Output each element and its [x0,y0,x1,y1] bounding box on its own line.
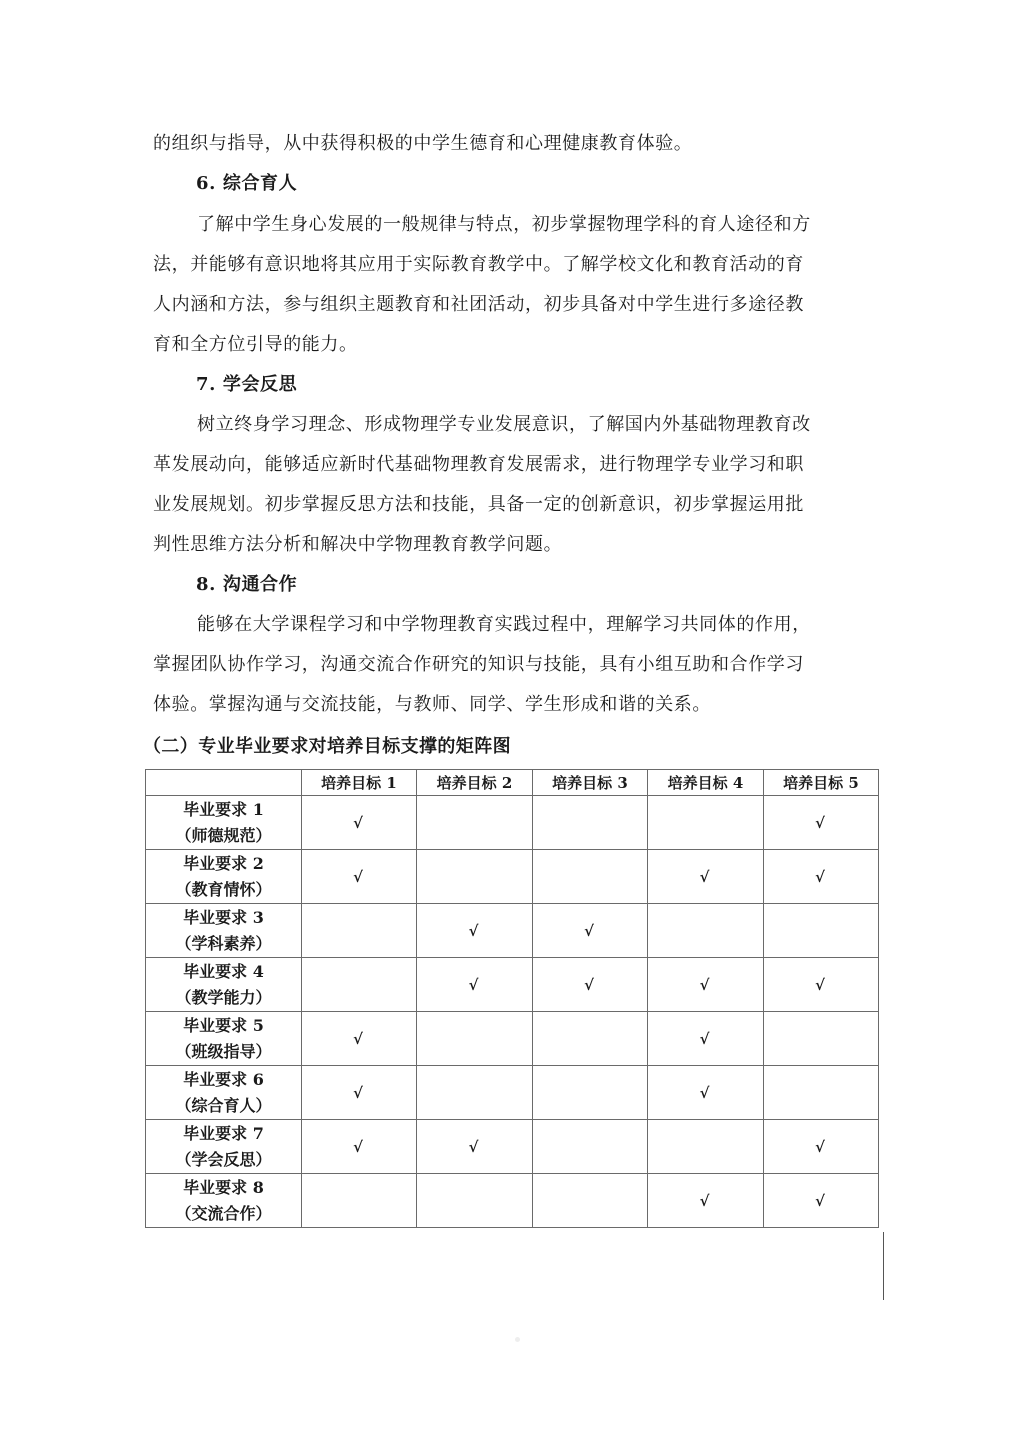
row-label: 毕业要求 8（交流合作） [146,1174,302,1228]
matrix-cell: √ [648,1066,764,1120]
requirement-name: 毕业要求 1 [146,797,301,823]
row-label: 毕业要求 1（师德规范） [146,796,302,850]
header-corner [146,770,302,796]
scan-artifact [515,1337,520,1342]
row-label: 毕业要求 7（学会反思） [146,1120,302,1174]
requirement-subtitle: （综合育人） [146,1093,301,1119]
paragraph-line: 人内涵和方法，参与组织主题教育和社团活动，初步具备对中学生进行多途径教 [153,293,873,317]
check-icon: √ [584,922,594,940]
check-icon: √ [815,814,825,832]
header-goal-4: 培养目标 4 [648,770,764,796]
header-goal-5: 培养目标 5 [764,770,879,796]
section-heading-7: 7. 学会反思 [196,373,297,397]
check-icon: √ [353,1084,363,1102]
requirement-name: 毕业要求 3 [146,905,301,931]
matrix-cell [648,1120,764,1174]
row-label: 毕业要求 2（教育情怀） [146,850,302,904]
section-heading-6: 6. 综合育人 [196,172,297,196]
requirement-name: 毕业要求 5 [146,1013,301,1039]
matrix-cell [533,1012,648,1066]
row-label: 毕业要求 6（综合育人） [146,1066,302,1120]
check-icon: √ [353,1138,363,1156]
table-row: 毕业要求 4（教学能力） √ √ √ √ [146,958,879,1012]
matrix-cell: √ [302,850,417,904]
matrix-title: （二）专业毕业要求对培养目标支撑的矩阵图 [143,735,511,759]
check-icon: √ [815,868,825,886]
paragraph-line: 树立终身学习理念、形成物理学专业发展意识，了解国内外基础物理教育改 [197,413,917,437]
paragraph-line: 革发展动向，能够适应新时代基础物理教育发展需求，进行物理学专业学习和职 [153,453,873,477]
header-goal-2: 培养目标 2 [417,770,533,796]
matrix-cell [764,904,879,958]
matrix-cell: √ [302,796,417,850]
matrix-cell: √ [302,1120,417,1174]
matrix-cell: √ [648,958,764,1012]
matrix-cell: √ [764,958,879,1012]
requirement-subtitle: （班级指导） [146,1039,301,1065]
requirement-subtitle: （交流合作） [146,1201,301,1227]
section-heading-8: 8. 沟通合作 [196,573,297,597]
requirement-subtitle: （教育情怀） [146,877,301,903]
matrix-cell [417,1174,533,1228]
matrix-cell [417,1012,533,1066]
header-goal-3: 培养目标 3 [533,770,648,796]
matrix-cell: √ [764,796,879,850]
requirement-name: 毕业要求 7 [146,1121,301,1147]
row-label: 毕业要求 5（班级指导） [146,1012,302,1066]
matrix-cell [533,1174,648,1228]
requirement-subtitle: （师德规范） [146,823,301,849]
check-icon: √ [469,922,479,940]
matrix-cell: √ [417,958,533,1012]
check-icon: √ [353,1030,363,1048]
support-matrix-table: 培养目标 1 培养目标 2 培养目标 3 培养目标 4 培养目标 5 毕业要求 … [145,769,879,1228]
matrix-cell: √ [764,850,879,904]
paragraph-line: 业发展规划。初步掌握反思方法和技能，具备一定的创新意识，初步掌握运用批 [153,493,873,517]
matrix-cell [417,1066,533,1120]
matrix-cell: √ [764,1174,879,1228]
matrix-cell: √ [302,1012,417,1066]
table-row: 毕业要求 8（交流合作） √ √ [146,1174,879,1228]
requirement-subtitle: （学会反思） [146,1147,301,1173]
check-icon: √ [700,1192,710,1210]
check-icon: √ [353,814,363,832]
paragraph-line: 的组织与指导，从中获得积极的中学生德育和心理健康教育体验。 [153,132,873,156]
header-goal-1: 培养目标 1 [302,770,417,796]
check-icon: √ [700,1084,710,1102]
paragraph-line: 能够在大学课程学习和中学物理教育实践过程中，理解学习共同体的作用， [197,613,917,637]
check-icon: √ [815,1138,825,1156]
table-row: 毕业要求 2（教育情怀） √ √ √ [146,850,879,904]
matrix-cell: √ [648,1012,764,1066]
table-row: 毕业要求 1（师德规范） √ √ [146,796,879,850]
matrix-cell [533,850,648,904]
requirement-subtitle: （教学能力） [146,985,301,1011]
matrix-cell: √ [533,904,648,958]
paragraph-line: 了解中学生身心发展的一般规律与特点，初步掌握物理学科的育人途径和方 [197,213,917,237]
check-icon: √ [700,976,710,994]
matrix-cell [533,1120,648,1174]
check-icon: √ [815,976,825,994]
matrix-cell [764,1012,879,1066]
requirement-name: 毕业要求 8 [146,1175,301,1201]
requirement-name: 毕业要求 4 [146,959,301,985]
check-icon: √ [353,868,363,886]
table-row: 毕业要求 3（学科素养） √ √ [146,904,879,958]
requirement-name: 毕业要求 6 [146,1067,301,1093]
paragraph-line: 育和全方位引导的能力。 [153,333,873,357]
matrix-cell [417,796,533,850]
check-icon: √ [469,1138,479,1156]
check-icon: √ [700,868,710,886]
matrix-cell [533,1066,648,1120]
table-header-row: 培养目标 1 培养目标 2 培养目标 3 培养目标 4 培养目标 5 [146,770,879,796]
document-page: 的组织与指导，从中获得积极的中学生德育和心理健康教育体验。 6. 综合育人 了解… [0,0,1024,1448]
requirement-name: 毕业要求 2 [146,851,301,877]
row-label: 毕业要求 3（学科素养） [146,904,302,958]
check-icon: √ [469,976,479,994]
check-icon: √ [815,1192,825,1210]
matrix-cell: √ [417,904,533,958]
paragraph-line: 掌握团队协作学习，沟通交流合作研究的知识与技能，具有小组互助和合作学习 [153,653,873,677]
row-label: 毕业要求 4（教学能力） [146,958,302,1012]
table-row: 毕业要求 6（综合育人） √ √ [146,1066,879,1120]
check-icon: √ [700,1030,710,1048]
table-row: 毕业要求 7（学会反思） √ √ √ [146,1120,879,1174]
page-margin-line [883,1232,884,1300]
matrix-cell [302,1174,417,1228]
matrix-cell [417,850,533,904]
matrix-cell: √ [764,1120,879,1174]
matrix-cell: √ [417,1120,533,1174]
matrix-cell [648,904,764,958]
table-row: 毕业要求 5（班级指导） √ √ [146,1012,879,1066]
matrix-cell: √ [648,850,764,904]
requirement-subtitle: （学科素养） [146,931,301,957]
matrix-cell [533,796,648,850]
matrix-cell: √ [302,1066,417,1120]
paragraph-line: 判性思维方法分析和解决中学物理教育教学问题。 [153,533,873,557]
matrix-cell [302,904,417,958]
matrix-cell: √ [533,958,648,1012]
matrix-cell [648,796,764,850]
matrix-cell [764,1066,879,1120]
check-icon: √ [584,976,594,994]
paragraph-line: 体验。掌握沟通与交流技能，与教师、同学、学生形成和谐的关系。 [153,693,873,717]
matrix-cell [302,958,417,1012]
paragraph-line: 法，并能够有意识地将其应用于实际教育教学中。了解学校文化和教育活动的育 [153,253,873,277]
matrix-cell: √ [648,1174,764,1228]
